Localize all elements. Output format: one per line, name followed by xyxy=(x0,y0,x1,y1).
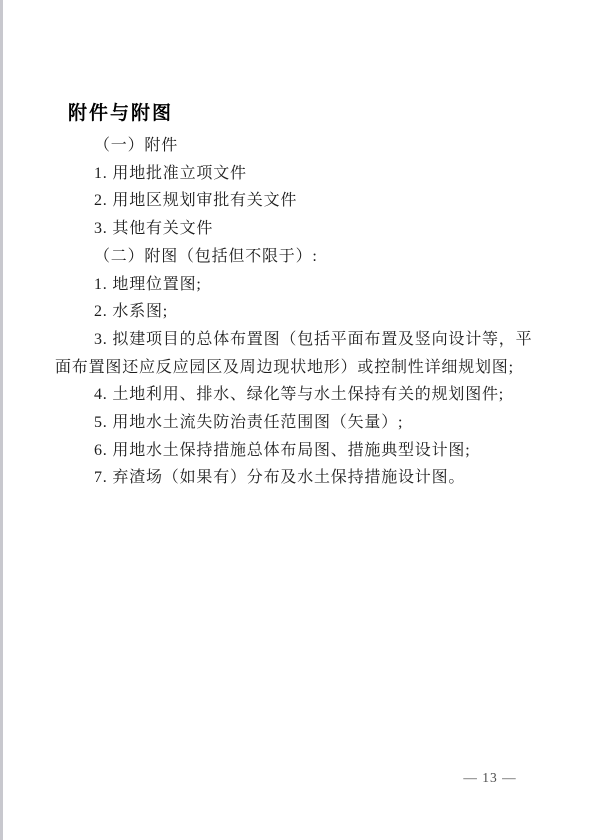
page-number: — 13 — xyxy=(456,770,524,786)
document-page: 附件与附图 （一）附件1. 用地批准立项文件2. 用地区规划审批有关文件3. 其… xyxy=(0,0,596,840)
section-heading: 附件与附图 xyxy=(68,103,547,125)
document-line: （一）附件 xyxy=(55,132,547,160)
document-line: 4. 土地利用、排水、绿化等与水土保持有关的规划图件; xyxy=(55,381,547,409)
document-line: 7. 弃渣场（如果有）分布及水土保持措施设计图。 xyxy=(55,464,547,492)
document-content: 附件与附图 （一）附件1. 用地批准立项文件2. 用地区规划审批有关文件3. 其… xyxy=(55,0,547,492)
document-line: 3. 拟建项目的总体布置图（包括平面布置及竖向设计等，平 xyxy=(55,326,547,354)
document-line: 6. 用地水土保持措施总体布局图、措施典型设计图; xyxy=(55,437,547,465)
document-body: （一）附件1. 用地批准立项文件2. 用地区规划审批有关文件3. 其他有关文件（… xyxy=(55,132,547,492)
document-line: 1. 用地批准立项文件 xyxy=(55,160,547,188)
document-line: 2. 水系图; xyxy=(55,298,547,326)
document-line: 1. 地理位置图; xyxy=(55,271,547,299)
document-line: 3. 其他有关文件 xyxy=(55,215,547,243)
document-line: 5. 用地水土流失防治责任范围图（矢量）; xyxy=(55,409,547,437)
document-line: 2. 用地区规划审批有关文件 xyxy=(55,187,547,215)
document-line: （二）附图（包括但不限于）: xyxy=(55,243,547,271)
document-line: 面布置图还应反应园区及周边现状地形）或控制性详细规划图; xyxy=(55,354,547,382)
scan-edge-line xyxy=(0,0,3,840)
